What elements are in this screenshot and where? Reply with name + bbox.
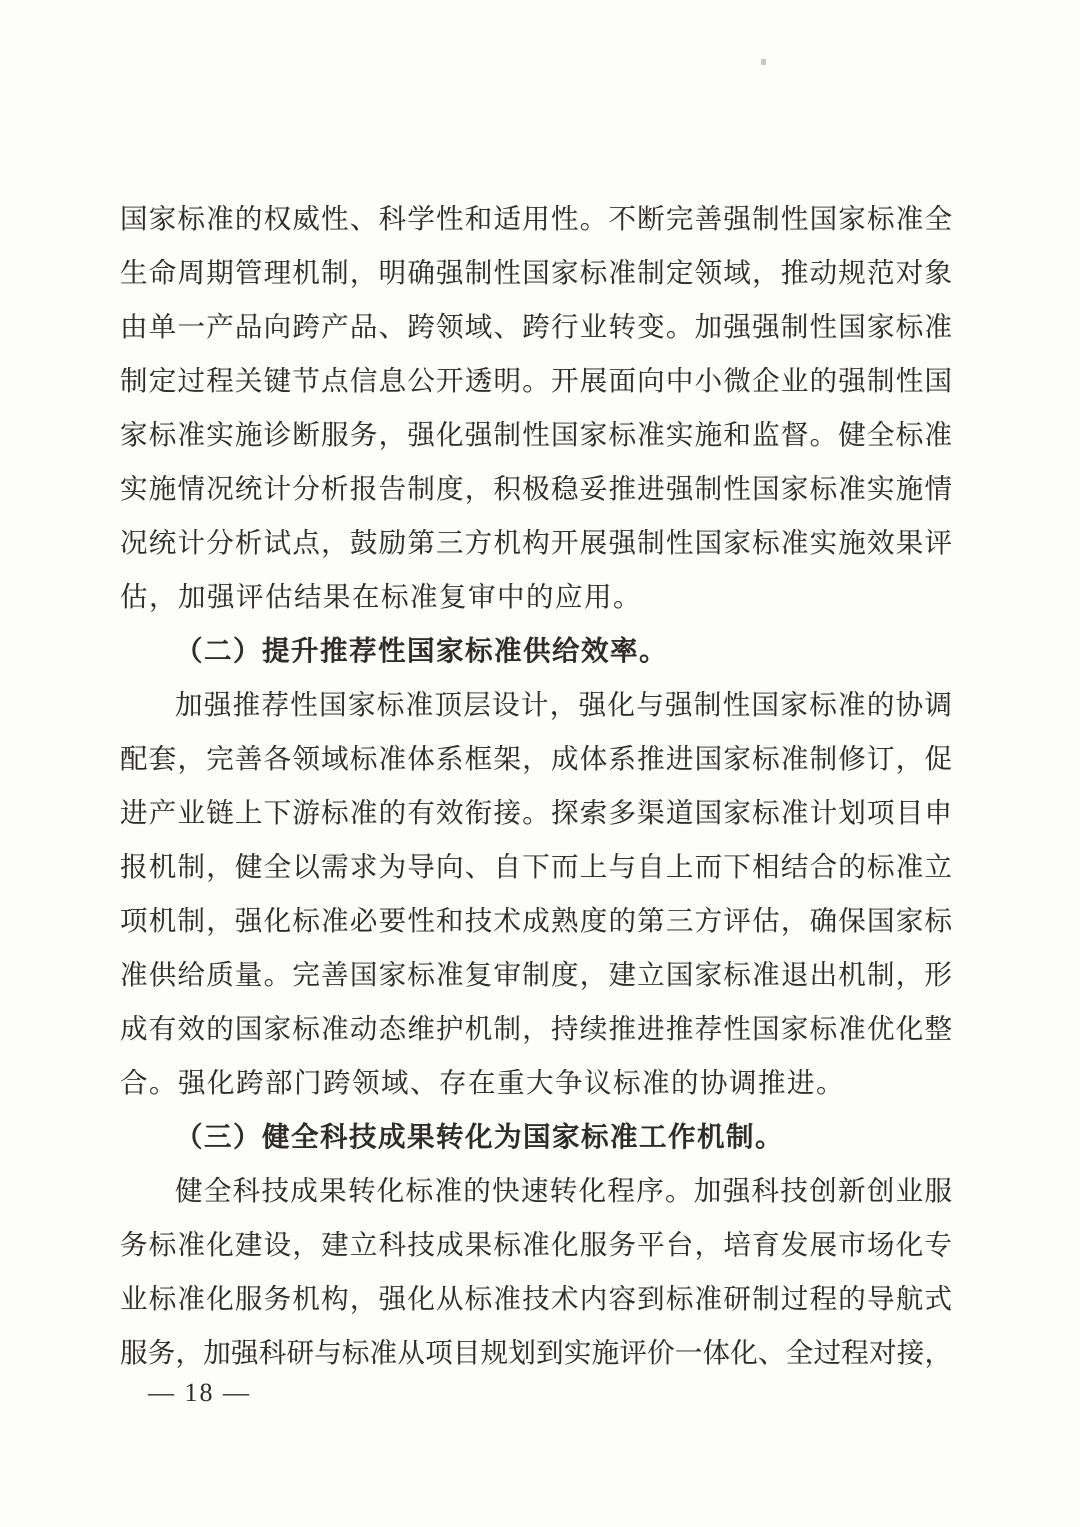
text-line: 由单一产品向跨产品、跨领域、跨行业转变。加强强制性国家标准 bbox=[120, 300, 952, 354]
text-line: 实施情况统计分析报告制度，积极稳妥推进强制性国家标准实施情 bbox=[120, 462, 952, 516]
text-line: 况统计分析试点，鼓励第三方机构开展强制性国家标准实施效果评 bbox=[120, 516, 952, 570]
section-heading: （二）提升推荐性国家标准供给效率。 bbox=[120, 624, 952, 678]
document-page: 国家标准的权威性、科学性和适用性。不断完善强制性国家标准全生命周期管理机制，明确… bbox=[0, 0, 1080, 1527]
section-heading: （三）健全科技成果转化为国家标准工作机制。 bbox=[120, 1110, 952, 1164]
text-line: 配套，完善各领域标准体系框架，成体系推进国家标准制修订，促 bbox=[120, 732, 952, 786]
scan-speck-artifact bbox=[761, 59, 766, 65]
text-line: 务标准化建设，建立科技成果标准化服务平台，培育发展市场化专 bbox=[120, 1218, 952, 1272]
text-line: 家标准实施诊断服务，强化强制性国家标准实施和监督。健全标准 bbox=[120, 408, 952, 462]
text-line: 合。强化跨部门跨领域、存在重大争议标准的协调推进。 bbox=[120, 1056, 952, 1110]
page-number: — 18 — bbox=[148, 1378, 251, 1408]
text-line: 国家标准的权威性、科学性和适用性。不断完善强制性国家标准全 bbox=[120, 192, 952, 246]
text-line: 成有效的国家标准动态维护机制，持续推进推荐性国家标准优化整 bbox=[120, 1002, 952, 1056]
text-line: 项机制，强化标准必要性和技术成熟度的第三方评估，确保国家标 bbox=[120, 894, 952, 948]
text-line: 加强推荐性国家标准顶层设计，强化与强制性国家标准的协调 bbox=[120, 678, 952, 732]
text-line: 生命周期管理机制，明确强制性国家标准制定领域，推动规范对象 bbox=[120, 246, 952, 300]
text-line: 报机制，健全以需求为导向、自下而上与自上而下相结合的标准立 bbox=[120, 840, 952, 894]
text-line: 制定过程关键节点信息公开透明。开展面向中小微企业的强制性国 bbox=[120, 354, 952, 408]
text-line: 健全科技成果转化标准的快速转化程序。加强科技创新创业服 bbox=[120, 1164, 952, 1218]
text-line: 业标准化服务机构，强化从标准技术内容到标准研制过程的导航式 bbox=[120, 1272, 952, 1326]
text-line: 准供给质量。完善国家标准复审制度，建立国家标准退出机制，形 bbox=[120, 948, 952, 1002]
text-line: 服务，加强科研与标准从项目规划到实施评价一体化、全过程对接， bbox=[120, 1326, 952, 1380]
document-body: 国家标准的权威性、科学性和适用性。不断完善强制性国家标准全生命周期管理机制，明确… bbox=[120, 192, 952, 1380]
text-line: 进产业链上下游标准的有效衔接。探索多渠道国家标准计划项目申 bbox=[120, 786, 952, 840]
text-line: 估，加强评估结果在标准复审中的应用。 bbox=[120, 570, 952, 624]
